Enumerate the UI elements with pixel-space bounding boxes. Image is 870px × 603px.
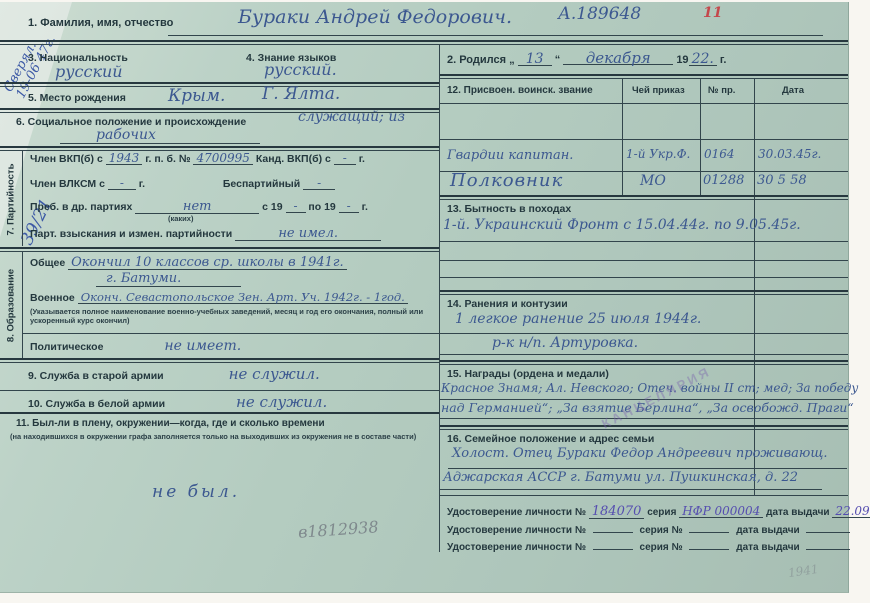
field-11-value: не был. <box>152 484 240 501</box>
rank-row2-date: 30 5 58 <box>757 174 807 187</box>
id3-label: Удостоверение личности № <box>447 542 586 553</box>
rule <box>440 429 848 430</box>
rule <box>440 139 848 140</box>
id1-series-label: серия <box>647 507 676 518</box>
education-political-value: не имеет. <box>164 338 241 354</box>
rule <box>0 390 439 391</box>
open-quote: „ <box>509 54 515 66</box>
field-14-value-line1: 1 легкое ранение 25 июля 1944г. <box>455 312 701 326</box>
col-header-order: Чей приказ <box>632 85 685 97</box>
rule <box>0 412 439 414</box>
field-2-row: 2. Родился „ 13 “ декабря 1922. г. <box>447 52 726 66</box>
education-general-label: Общее <box>30 257 65 269</box>
field-16-label: 16. Семейное положение и адрес семьи <box>447 433 654 445</box>
year-prefix: 19 <box>676 54 688 66</box>
rule <box>440 364 848 365</box>
blank-line <box>593 540 633 550</box>
rank-row2-order: МО <box>640 174 666 188</box>
vlksm-year-value: - <box>108 177 136 190</box>
to-year-value: - <box>339 200 359 213</box>
rank-row2-number: 01288 <box>703 174 744 187</box>
field-5-value-region: Крым. <box>168 88 225 105</box>
table-col-line <box>700 78 701 196</box>
blank-line <box>806 523 850 533</box>
field-4-value: русский. <box>264 62 337 78</box>
table-col-line <box>622 78 623 196</box>
birth-month-value: декабря <box>563 52 673 65</box>
blank-line <box>689 540 729 550</box>
rule <box>0 44 848 45</box>
id1-label: Удостоверение личности № <box>447 507 586 518</box>
rule <box>60 143 260 144</box>
party-penalties-row: Парт. взыскания и измен. партийности не … <box>30 228 381 241</box>
to-year-label: по 19 <box>308 201 335 213</box>
vkpb-candidate-label: Канд. ВКП(б) с <box>256 153 331 165</box>
field-11-label: 11. Был-ли в плену, окружении—когда, где… <box>16 418 325 430</box>
rule <box>440 195 848 197</box>
rule <box>440 360 848 362</box>
rule <box>0 82 439 84</box>
rule <box>440 277 848 278</box>
field-9-value: не служил. <box>229 365 320 383</box>
id3-series-label: серия № <box>640 542 683 553</box>
id3-date-label: дата выдачи <box>736 542 799 553</box>
pencil-number: в1812938 <box>297 517 379 542</box>
rule <box>440 354 848 355</box>
column-divider <box>439 44 440 552</box>
rule <box>440 290 848 292</box>
rule <box>0 146 439 148</box>
rule <box>0 358 439 360</box>
id2-series-label: серия № <box>640 525 683 536</box>
field-1-label: 1. Фамилия, имя, отчество <box>28 17 173 29</box>
education-military-row: Военное Оконч. Севастопольское Зен. Арт.… <box>30 291 408 304</box>
rule <box>440 78 848 79</box>
nonparty-label: Беспартийный <box>223 178 300 190</box>
vlksm-end-label: г. <box>139 178 145 190</box>
field-3-value: русский <box>55 64 123 80</box>
id1-number: 184070 <box>589 506 645 519</box>
blank-line <box>806 540 850 550</box>
vkpb-candidate-value: - <box>334 152 356 165</box>
field-1-personal-number: А.189648 <box>558 6 641 23</box>
vkpb-card-number: 4700995 <box>193 152 252 165</box>
from-year-value: - <box>286 200 306 213</box>
field-14-value-line2: р-к н/п. Артуровка. <box>492 336 638 350</box>
rule <box>448 468 847 469</box>
field-12-label: 12. Присвоен. воинск. звание <box>447 85 593 97</box>
rule <box>440 418 848 419</box>
rule <box>22 333 439 334</box>
rule <box>440 103 848 104</box>
field-9-label: 9. Служба в старой армии <box>28 370 164 382</box>
education-military-value: Оконч. Севастопольское Зен. Арт. Уч. 194… <box>78 291 408 304</box>
education-general-value: Окончил 10 классов ср. школы в 1941г. <box>68 257 347 270</box>
field-13-label: 13. Бытность в походах <box>447 203 571 215</box>
party-penalties-label: Парт. взыскания и измен. партийности <box>30 228 232 240</box>
rule <box>0 251 439 252</box>
table-col-line-date <box>754 78 755 495</box>
rule <box>0 247 439 249</box>
vkpb-mid-label: г. п. б. № <box>145 153 190 165</box>
party-penalties-value: не имел. <box>235 228 381 241</box>
education-military-label: Военное <box>30 292 75 304</box>
party-vkpb-row: Член ВКП(б) с 1943 г. п. б. № 4700995 Ка… <box>30 152 365 165</box>
rule <box>0 362 439 363</box>
year-suffix-label: г. <box>362 201 368 213</box>
blank-line <box>593 523 633 533</box>
year-suffix: г. <box>720 54 727 66</box>
birth-day-value: 13 <box>518 53 552 66</box>
field-2-label: 2. Родился <box>447 54 506 66</box>
field-10-value: не служил. <box>236 393 327 411</box>
field-6-value-line2: рабочих <box>96 128 156 142</box>
rule <box>440 260 848 261</box>
other-parties-row: Преб. в др. партиях нет с 19 - по 19 - г… <box>30 200 368 214</box>
education-fine-print: (Указывается полное наименование военно-… <box>30 307 426 325</box>
vlksm-label: Член ВЛКСМ с <box>30 178 105 190</box>
id-row-2: Удостоверение личности № серия № дата вы… <box>447 523 854 537</box>
party-vlksm-row: Член ВЛКСМ с - г. Беспартийный - <box>30 177 335 190</box>
id1-date-value: 22.09.44г. <box>832 505 870 518</box>
vkpb-label: Член ВКП(б) с <box>30 153 103 165</box>
field-9-row: 9. Служба в старой армии не служил. <box>28 368 320 382</box>
education-political-label: Политическое <box>30 341 103 353</box>
id-row-3: Удостоверение личности № серия № дата вы… <box>447 540 854 554</box>
education-political-row: Политическое не имеет. <box>30 340 241 353</box>
other-parties-label: Преб. в др. партиях <box>30 201 132 213</box>
other-parties-value: нет <box>135 201 259 214</box>
vkpb-year-value: 1943 <box>106 152 143 165</box>
field-5-value-city: Г. Ялта. <box>262 86 340 103</box>
section-8-side-rule <box>22 251 23 359</box>
rule <box>440 333 848 334</box>
id1-series-value: НФР 000004 <box>679 505 763 518</box>
field-15-label: 15. Награды (ордена и медали) <box>447 368 609 380</box>
id2-label: Удостоверение личности № <box>447 525 586 536</box>
other-parties-note: (каких) <box>168 214 193 223</box>
col-header-number: № пр. <box>708 85 735 97</box>
field-11-fine-print: (на находившихся в окружении графа запол… <box>10 432 434 441</box>
rule <box>440 74 848 76</box>
education-general-row: Общее Окончил 10 классов ср. школы в 194… <box>30 257 347 270</box>
blank-line <box>689 523 729 533</box>
rank-row1-number: 0164 <box>704 148 735 160</box>
field-13-value: 1-й. Украинский Фронт с 15.04.44г. по 9.… <box>443 218 801 232</box>
military-registration-card: Сверял. 19-06 47г. 39/21 1. Фамилия, имя… <box>0 2 849 593</box>
field-10-label: 10. Служба в белой армии <box>28 398 165 410</box>
rule <box>440 199 848 200</box>
field-1-name-value: Бураки Андрей Федорович. <box>238 8 512 27</box>
field-14-label: 14. Ранения и контузии <box>447 298 568 310</box>
pencil-corner-mark: 1941 <box>787 562 819 580</box>
section-7-side-label: 7. Партийность <box>6 152 17 248</box>
section-8-side-label: 8. Образование <box>6 252 17 360</box>
rule <box>440 294 848 295</box>
field-16-value-line2: Аджарская АССР г. Батуми ул. Пушкинская,… <box>443 471 798 484</box>
section-7-side-rule <box>22 150 23 246</box>
rule <box>168 35 823 36</box>
scanned-document-page: Сверял. 19-06 47г. 39/21 1. Фамилия, имя… <box>0 0 870 603</box>
id1-date-label: дата выдачи <box>766 507 829 518</box>
close-quote: “ <box>555 54 561 66</box>
field-6-value-line1: служащий; из <box>298 110 405 124</box>
rule <box>440 241 848 242</box>
from-year-label: с 19 <box>262 201 282 213</box>
education-general-value2: г. Батуми. <box>96 272 241 287</box>
field-10-row: 10. Служба в белой армии не служил. <box>28 396 327 410</box>
rule <box>440 495 848 496</box>
rank-row1-rank: Гвардии капитан. <box>447 149 573 162</box>
rank-row1-date: 30.03.45г. <box>758 148 821 160</box>
id-row-1: Удостоверение личности № 184070 серия НФ… <box>447 505 870 519</box>
birth-year-value: 22. <box>689 53 717 66</box>
rule <box>0 40 848 42</box>
red-checkmark: 11 <box>703 6 722 20</box>
rule <box>440 489 822 490</box>
field-16-value-line1: Холост. Отец Бураки Федор Андреевич прож… <box>452 447 827 460</box>
id2-date-label: дата выдачи <box>736 525 799 536</box>
office-stamp: КАНЦЕЛЯРИЯ <box>599 363 713 431</box>
rank-row1-order: 1-й Укр.Ф. <box>626 148 690 160</box>
rule <box>440 425 848 427</box>
vkpb-end-label: г. <box>359 153 365 165</box>
field-5-label: 5. Место рождения <box>28 92 126 104</box>
col-header-date: Дата <box>782 85 804 97</box>
nonparty-value: - <box>303 177 335 190</box>
rank-row2-rank: Полковник <box>450 172 563 190</box>
